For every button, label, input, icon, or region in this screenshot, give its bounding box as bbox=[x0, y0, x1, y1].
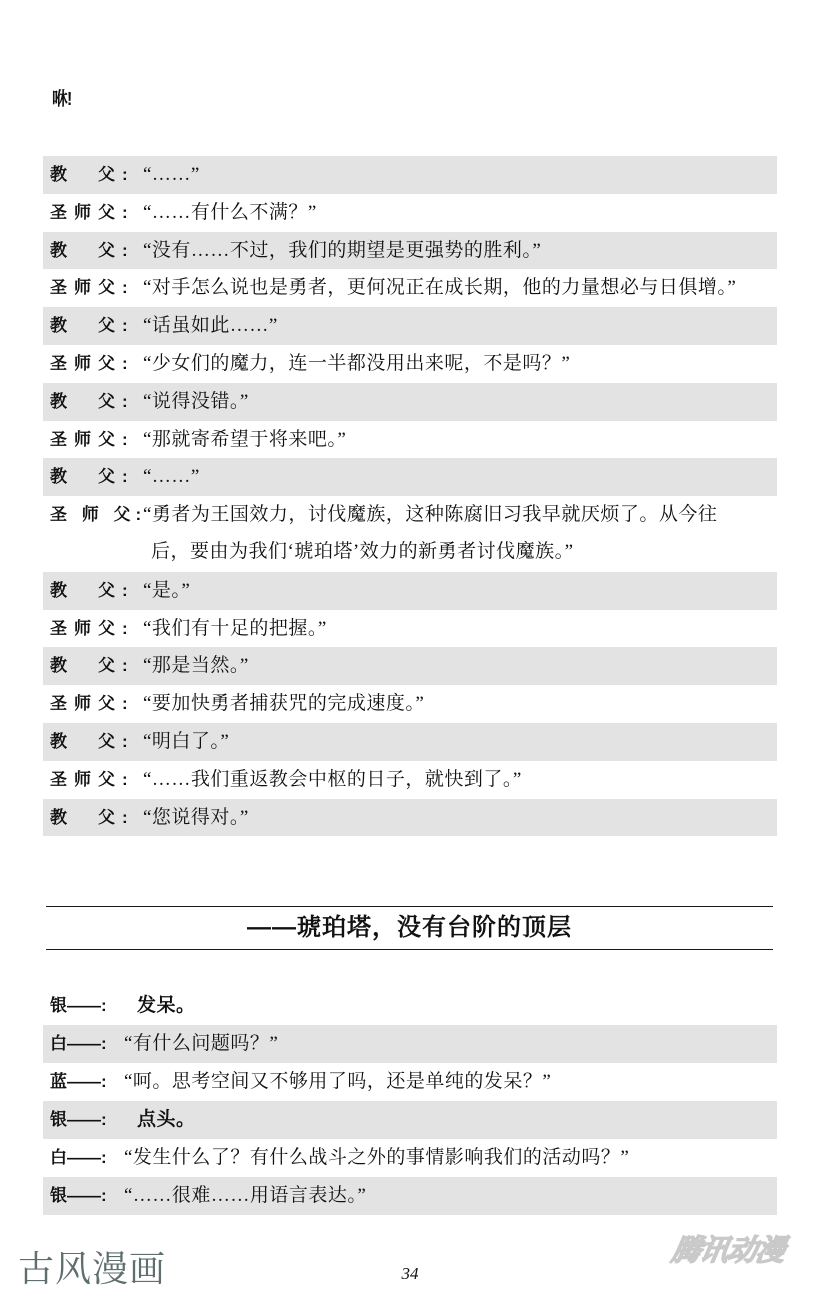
dialogue-text: “少女们的魔力，连一半都没用出来呢，不是吗？” bbox=[143, 345, 570, 383]
dialogue-text: “明白了。” bbox=[143, 723, 229, 761]
dialogue-text: “呵。思考空间又不够用了吗，还是单纯的发呆？” bbox=[124, 1063, 551, 1101]
speaker-label: 教 父: bbox=[50, 156, 135, 194]
speaker-label: 教 父: bbox=[50, 383, 135, 421]
speaker-label: 圣师父: bbox=[50, 269, 135, 307]
speaker-label: 银——: bbox=[50, 987, 107, 1025]
speaker-label: 银——: bbox=[50, 1177, 107, 1215]
dialogue-text: “那是当然。” bbox=[143, 647, 249, 685]
dialogue-row: 圣师父: “……有什么不满？” bbox=[43, 194, 777, 232]
dialogue-row: 银——: “……很难……用语言表达。” bbox=[43, 1177, 777, 1215]
dialogue-text: “没有……不过，我们的期望是更强势的胜利。” bbox=[143, 232, 541, 270]
dialogue-row: 圣师父: “……我们重返教会中枢的日子，就快到了。” bbox=[43, 761, 777, 799]
speaker-label: 蓝——: bbox=[50, 1063, 107, 1101]
stage-direction-text: 点头。 bbox=[137, 1101, 196, 1139]
dialogue-row: 教 父: “话虽如此……” bbox=[43, 307, 777, 345]
dialogue-text: “……有什么不满？” bbox=[143, 194, 317, 232]
dialogue-row: 教 父: “那是当然。” bbox=[43, 647, 777, 685]
dialogue-row: 圣师父: “那就寄希望于将来吧。” bbox=[43, 421, 777, 459]
speaker-label: 教 父: bbox=[50, 458, 135, 496]
dialogue-row: 教 父: “说得没错。” bbox=[43, 383, 777, 421]
dialogue-row: 圣师父: “少女们的魔力，连一半都没用出来呢，不是吗？” bbox=[43, 345, 777, 383]
dialogue-row: 圣 师 父: “勇者为王国效力，讨伐魔族，这种陈腐旧习我早就厌烦了。从今往 后，… bbox=[43, 496, 777, 572]
dialogue-row: 白——: “发生什么了？有什么战斗之外的事情影响我们的活动吗？” bbox=[43, 1139, 777, 1177]
section-heading-text: ——琥珀塔，没有台阶的顶层 bbox=[247, 907, 572, 949]
stage-direction-text: 发呆。 bbox=[137, 987, 196, 1025]
dialogue-text: “那就寄希望于将来吧。” bbox=[143, 421, 346, 459]
speaker-label: 教 父: bbox=[50, 572, 135, 610]
dialogue-row: 教 父: “明白了。” bbox=[43, 723, 777, 761]
dialogue-text: “有什么问题吗？” bbox=[124, 1025, 278, 1063]
dialogue-text: “您说得对。” bbox=[143, 799, 249, 837]
dialogue-text: “要加快勇者捕获咒的完成速度。” bbox=[143, 685, 424, 723]
dialogue-row: 教 父: “……” bbox=[43, 156, 777, 194]
dialogue-text: “……” bbox=[143, 156, 200, 194]
speaker-label: 教 父: bbox=[50, 723, 135, 761]
dialogue-text: “话虽如此……” bbox=[143, 307, 278, 345]
dialogue-row: 圣师父: “我们有十足的把握。” bbox=[43, 610, 777, 648]
dialogue-text: “对手怎么说也是勇者，更何况正在成长期，他的力量想必与日俱增。” bbox=[143, 269, 736, 307]
dialogue-block-2: 银——: 发呆。 白——: “有什么问题吗？” 蓝——: “呵。思考空间又不够用… bbox=[43, 987, 777, 1215]
speaker-label: 圣师父: bbox=[50, 421, 135, 459]
dialogue-text-line-1: “勇者为王国效力，讨伐魔族，这种陈腐旧习我早就厌烦了。从今往 bbox=[143, 496, 717, 533]
speaker-label: 教 父: bbox=[50, 307, 135, 345]
speaker-label: 银——: bbox=[50, 1101, 107, 1139]
speaker-label: 教 父: bbox=[50, 647, 135, 685]
dialogue-text-line-2: 后，要由为我们‘琥珀塔’效力的新勇者讨伐魔族。” bbox=[151, 533, 574, 570]
speaker-label: 教 父: bbox=[50, 232, 135, 270]
dialogue-row: 银——: 点头。 bbox=[43, 1101, 777, 1139]
sound-effect-text: 咻! bbox=[52, 88, 71, 110]
dialogue-text: “是。” bbox=[143, 572, 190, 610]
dialogue-row: 教 父: “您说得对。” bbox=[43, 799, 777, 837]
speaker-label: 圣师父: bbox=[50, 761, 135, 799]
section-heading: ——琥珀塔，没有台阶的顶层 bbox=[46, 906, 773, 950]
speaker-label: 教 父: bbox=[50, 799, 135, 837]
dialogue-row: 教 父: “没有……不过，我们的期望是更强势的胜利。” bbox=[43, 232, 777, 270]
speaker-label: 圣师父: bbox=[50, 610, 135, 648]
dialogue-text: “我们有十足的把握。” bbox=[143, 610, 327, 648]
dialogue-text: “说得没错。” bbox=[143, 383, 249, 421]
dialogue-block-1: 教 父: “……” 圣师父: “……有什么不满？” 教 父: “没有……不过，我… bbox=[43, 156, 777, 836]
dialogue-text: “……我们重返教会中枢的日子，就快到了。” bbox=[143, 761, 522, 799]
speaker-label: 圣师父: bbox=[50, 194, 135, 232]
dialogue-text: “……很难……用语言表达。” bbox=[124, 1177, 366, 1215]
dialogue-row: 白——: “有什么问题吗？” bbox=[43, 1025, 777, 1063]
speaker-label: 圣师父: bbox=[50, 345, 135, 383]
speaker-label: 圣 师 父: bbox=[50, 496, 146, 534]
publisher-logo: 腾讯动漫 bbox=[669, 1234, 787, 1268]
dialogue-row: 蓝——: “呵。思考空间又不够用了吗，还是单纯的发呆？” bbox=[43, 1063, 777, 1101]
speaker-label: 白——: bbox=[50, 1025, 107, 1063]
dialogue-row: 银——: 发呆。 bbox=[43, 987, 777, 1025]
speaker-label: 白——: bbox=[50, 1139, 107, 1177]
dialogue-text: “发生什么了？有什么战斗之外的事情影响我们的活动吗？” bbox=[124, 1139, 629, 1177]
dialogue-row: 教 父: “……” bbox=[43, 458, 777, 496]
dialogue-row: 圣师父: “对手怎么说也是勇者，更何况正在成长期，他的力量想必与日俱增。” bbox=[43, 269, 777, 307]
speaker-label: 圣师父: bbox=[50, 685, 135, 723]
dialogue-text: “……” bbox=[143, 458, 200, 496]
dialogue-row: 教 父: “是。” bbox=[43, 572, 777, 610]
dialogue-row: 圣师父: “要加快勇者捕获咒的完成速度。” bbox=[43, 685, 777, 723]
